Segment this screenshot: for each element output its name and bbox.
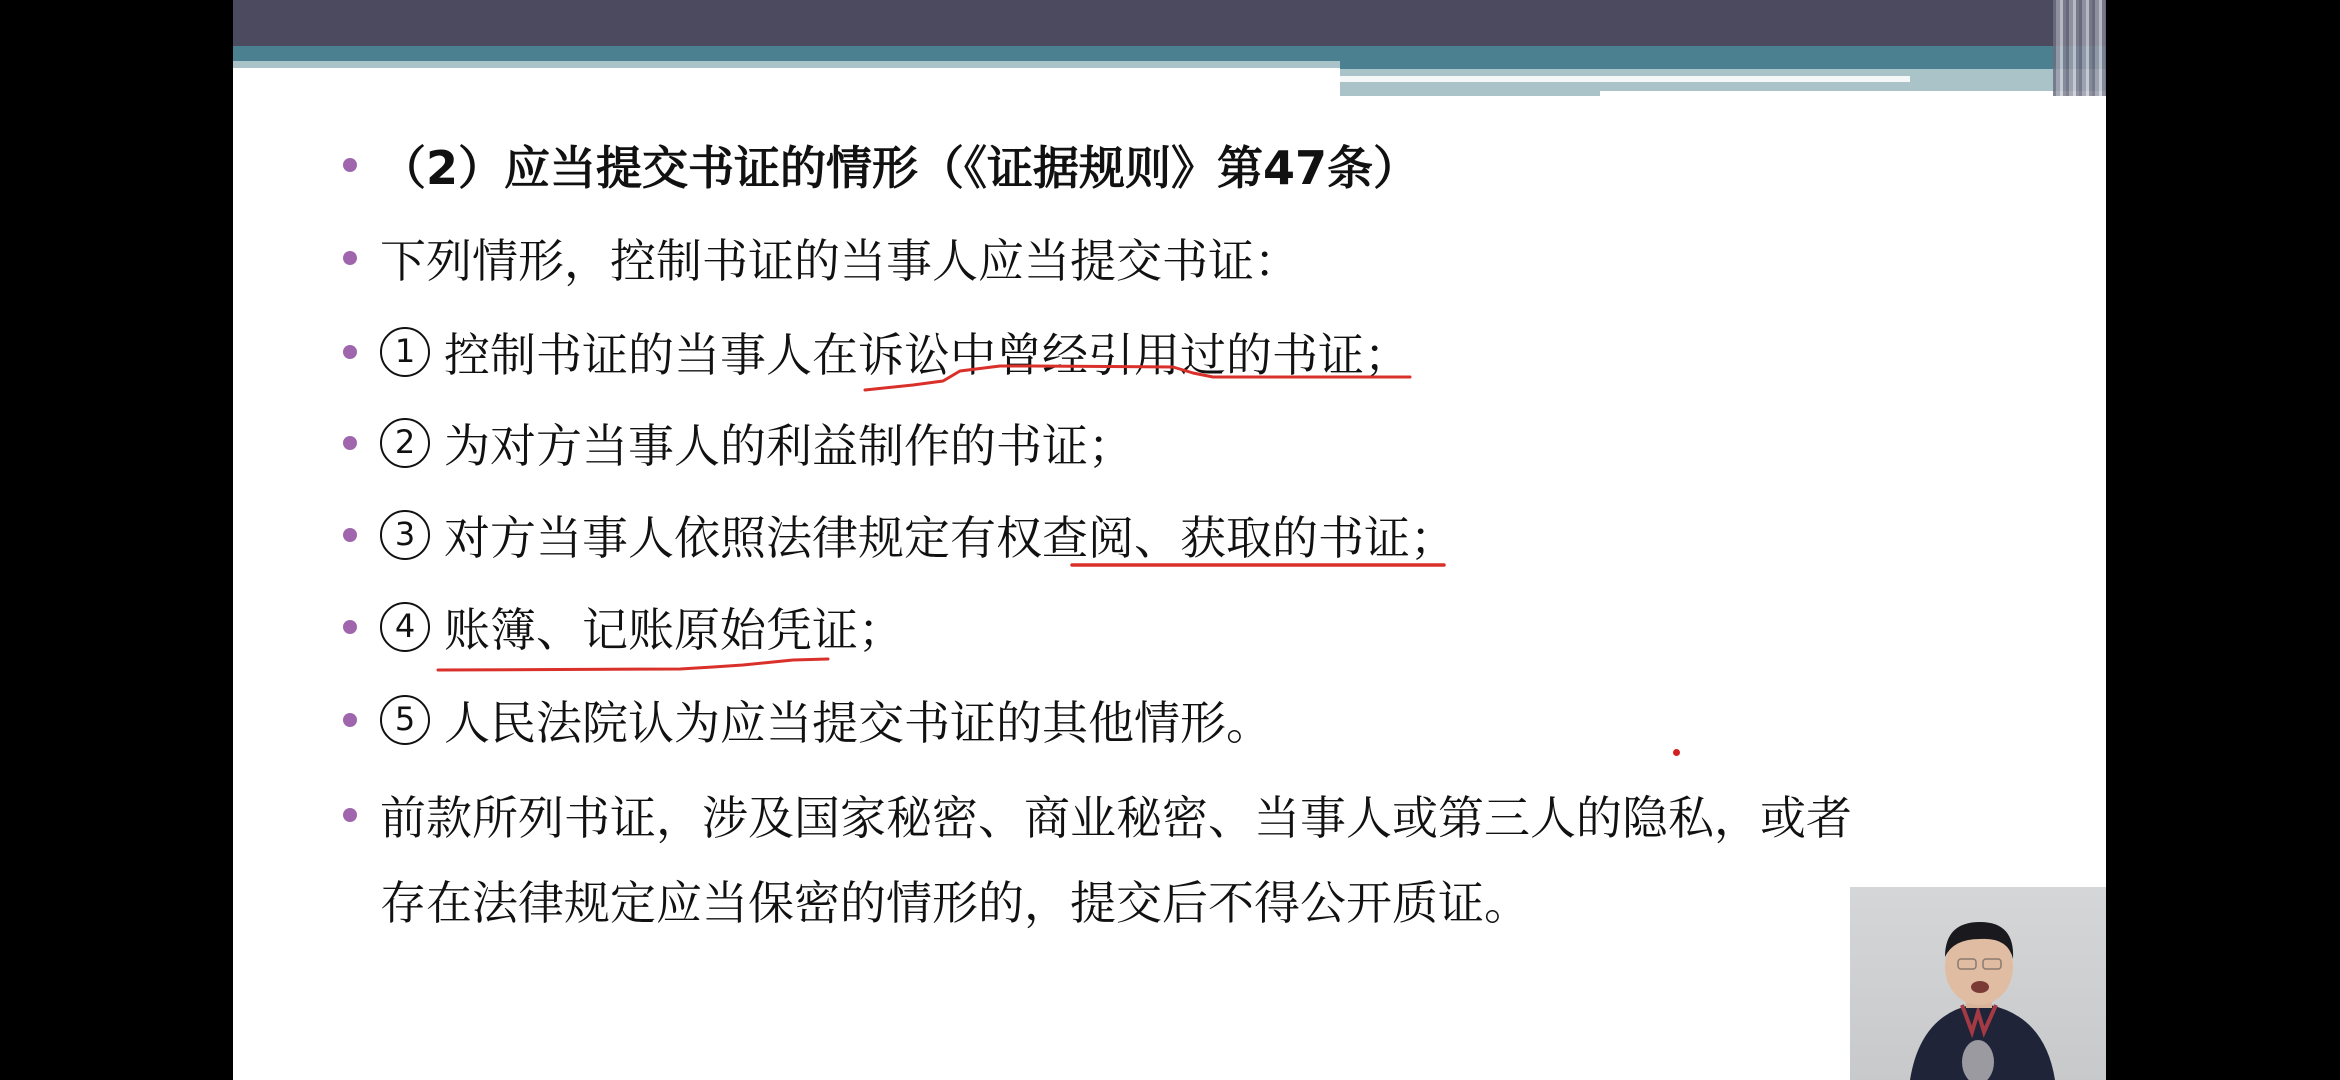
list-item-text: 账簿、记账原始凭证； [444, 594, 904, 660]
presenter-webcam-video [1850, 887, 2106, 1080]
list-item-text: 人民法院认为应当提交书证的其他情形。 [444, 687, 1272, 753]
circled-number-1: 1 [380, 327, 430, 377]
bullet-icon [343, 345, 357, 359]
list-item-text: 控制书证的当事人在诉讼中曾经引用过的书证； [444, 319, 1410, 385]
list-item-1: 1 控制书证的当事人在诉讼中曾经引用过的书证； [380, 322, 1410, 382]
list-item-2: 2 为对方当事人的利益制作的书证； [380, 413, 1134, 473]
circled-number-4: 4 [380, 602, 430, 652]
bullet-icon [343, 808, 357, 822]
bullet-icon [343, 158, 357, 172]
bullet-icon [343, 436, 357, 450]
circled-number-5: 5 [380, 695, 430, 745]
slide-content: （2）应当提交书证的情形（《证据规则》第47条） 下列情形，控制书证的当事人应当… [233, 0, 2106, 1080]
list-item-text: 为对方当事人的利益制作的书证； [444, 410, 1134, 476]
circled-number-3: 3 [380, 510, 430, 560]
list-item-4: 4 账簿、记账原始凭证； [380, 597, 904, 657]
note-line-2: 存在法律规定应当保密的情形的，提交后不得公开质证。 [380, 870, 1530, 930]
presentation-slide: （2）应当提交书证的情形（《证据规则》第47条） 下列情形，控制书证的当事人应当… [233, 0, 2106, 1080]
slide-title: （2）应当提交书证的情形（《证据规则》第47条） [380, 135, 1419, 195]
bullet-icon [343, 528, 357, 542]
presenter-avatar-icon [1850, 887, 2106, 1080]
circled-number-2: 2 [380, 418, 430, 468]
laser-pointer-dot [1673, 749, 1680, 756]
bullet-icon [343, 251, 357, 265]
intro-text: 下列情形，控制书证的当事人应当提交书证： [380, 228, 1300, 288]
bullet-icon [343, 713, 357, 727]
note-line-1: 前款所列书证，涉及国家秘密、商业秘密、当事人或第三人的隐私，或者 [380, 785, 1852, 845]
list-item-3: 3 对方当事人依照法律规定有权查阅、获取的书证； [380, 505, 1456, 565]
list-item-5: 5 人民法院认为应当提交书证的其他情形。 [380, 690, 1272, 750]
list-item-text: 对方当事人依照法律规定有权查阅、获取的书证； [444, 502, 1456, 568]
bullet-icon [343, 620, 357, 634]
